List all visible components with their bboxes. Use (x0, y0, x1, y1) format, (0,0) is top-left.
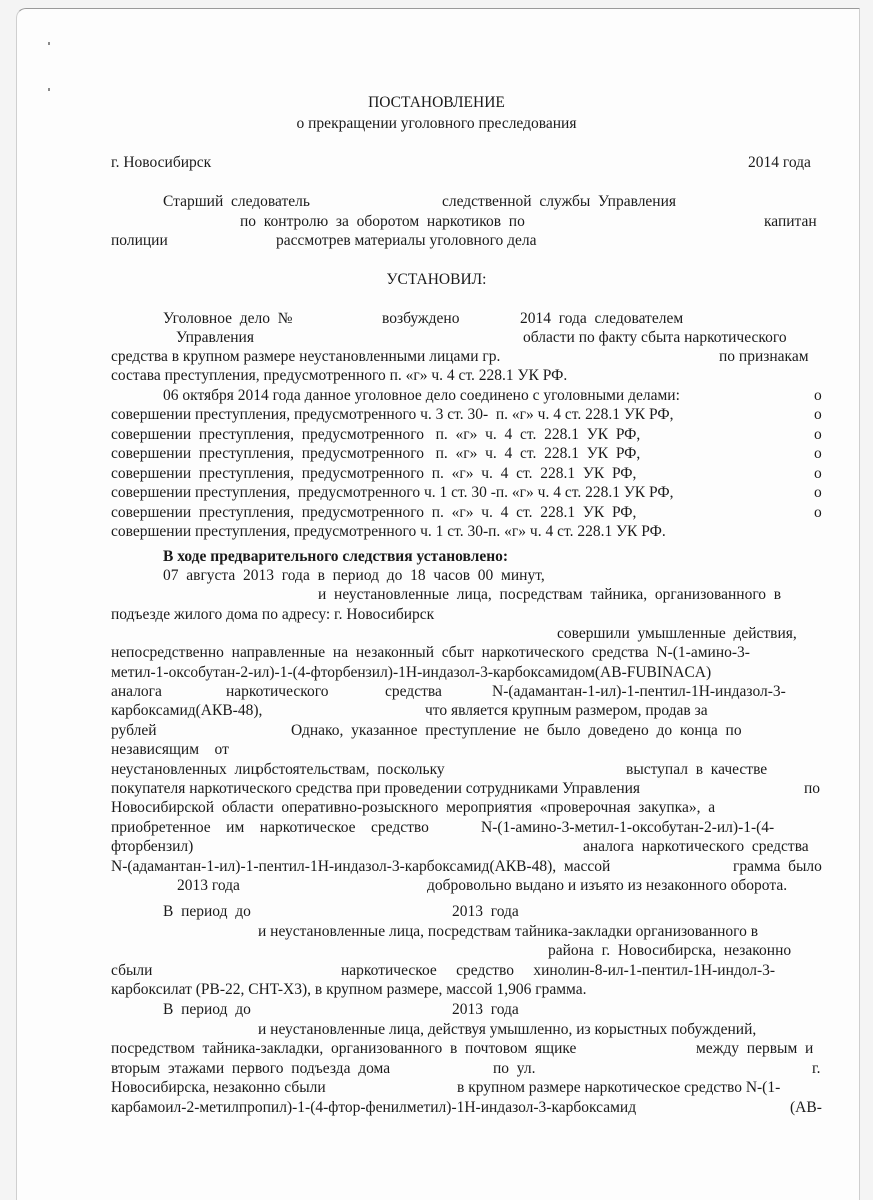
case-list-item-tail: о (814, 483, 822, 502)
document-title: ПОСТАНОВЛЕНИЕ (0, 93, 873, 112)
paragraph-text: 2014 года следователем (520, 309, 683, 328)
document-subtitle: о прекращении уголовного преследования (0, 114, 873, 133)
paragraph-text: N-(1-амино-3-метил-1-оксобутан-2-ил)-1-(… (481, 818, 774, 837)
document-city: г. Новосибирск (111, 153, 211, 172)
paragraph-text: и неустановленные лица, действуя умышлен… (258, 1020, 756, 1039)
paragraph-text: 2013 года (452, 1000, 519, 1019)
paragraph-text: приобретенное им наркотическое средство (111, 818, 429, 837)
case-list-item-tail: о (814, 444, 822, 463)
paragraph-text: неустановленных лиц (111, 760, 259, 779)
case-list-item-tail: о (814, 503, 822, 522)
scan-mark (48, 42, 50, 45)
paragraph-text: подъезде жилого дома по адресу: г. Новос… (111, 605, 434, 624)
paragraph-text: выступал в качестве (626, 760, 767, 779)
paragraph-text: В период до (163, 902, 251, 921)
paragraph-text: о (814, 386, 822, 405)
paragraph-text: добровольно выдано и изъято из незаконно… (427, 876, 787, 895)
paragraph-text: средства (385, 682, 442, 701)
paragraph-text: что является крупным размером, продав за (425, 701, 708, 720)
case-list-item: совершении преступления, предусмотренног… (111, 483, 674, 502)
paragraph-text: 2013 года (452, 902, 519, 921)
paragraph-text: 06 октября 2014 года данное уголовное де… (163, 386, 680, 405)
paragraph-text: карбоксамид(АКВ-48), (111, 701, 262, 720)
paragraph-text: (АВ- (790, 1098, 822, 1117)
case-list-item: совершении преступления, предусмотренног… (111, 464, 636, 483)
case-list-item: совершении преступления, предусмотренног… (111, 405, 674, 424)
paragraph-text: N-(адамантан-1-ил)-1-пентил-1Н-индазол-3… (492, 682, 786, 701)
intro-text: Старший следователь (163, 192, 310, 211)
paragraph-text: 2013 года (177, 876, 240, 895)
section-heading: УСТАНОВИЛ: (0, 270, 873, 289)
intro-text: следственной службы Управления (442, 192, 676, 211)
paragraph-text: и неустановленные лица, посредствам тайн… (258, 922, 758, 941)
paragraph-text: непосредственно направленные на незаконн… (111, 643, 750, 662)
paragraph-text: покупателя наркотического средства при п… (111, 779, 640, 798)
case-list-item-tail: о (814, 425, 822, 444)
paragraph-text: наркотического (226, 682, 328, 701)
paragraph-text: Управления (176, 328, 254, 347)
paragraph-text: 07 августа 2013 года в период до 18 часо… (163, 566, 545, 585)
paragraph-text: состава преступления, предусмотренного п… (111, 366, 567, 385)
paragraph-text: возбуждено (382, 309, 459, 328)
paragraph-text: и неустановленные лица, посредствам тайн… (318, 585, 781, 604)
paragraph-text: по (804, 779, 820, 798)
case-list-item: совершении преступления, предусмотренног… (111, 425, 640, 444)
case-list-item-tail: о (814, 405, 822, 424)
scan-mark (48, 88, 50, 91)
paragraph-text: между первым и (696, 1039, 813, 1058)
paragraph-text: посредством тайника-закладки, организова… (111, 1039, 576, 1058)
paragraph-text: района г. Новосибирска, незаконно (548, 941, 791, 960)
paragraph-text: по ул. (493, 1059, 535, 1078)
case-list-item: совершении преступления, предусмотренног… (111, 503, 636, 522)
intro-text: по контролю за оборотом наркотиков по (240, 212, 525, 231)
intro-text: капитан (764, 212, 817, 231)
paragraph-text: средства в крупном размере неустановленн… (111, 347, 500, 366)
paragraph-text: сбыли (111, 961, 152, 980)
case-list-item-tail: о (814, 464, 822, 483)
paragraph-text: в крупном размере наркотическое средство… (457, 1078, 780, 1097)
paragraph-text: вторым этажами первого подъезда дома (111, 1059, 390, 1078)
paragraph-text: независящим от (111, 740, 229, 759)
paragraph-text: фторбензил) (111, 837, 193, 856)
paragraph-text: рублей (111, 721, 157, 740)
paragraph-text: аналога (111, 682, 162, 701)
intro-text: рассмотрев материалы уголовного дела (276, 231, 537, 250)
paragraph-text: наркотическое средство хинолин-8-ил-1-пе… (341, 961, 775, 980)
paragraph-text: Новосибирской области оперативно-розыскн… (111, 798, 715, 817)
paragraph-text: обстоятельствам, поскольку (256, 760, 445, 779)
paragraph-text: аналога наркотического средства (583, 837, 809, 856)
investigation-heading: В ходе предварительного следствия устано… (163, 547, 508, 566)
paragraph-text: области по факту сбыта наркотического (523, 328, 787, 347)
paragraph-text: Новосибирска, незаконно сбыли (111, 1078, 326, 1097)
paragraph-text: совершили умышленные действия, (557, 624, 797, 643)
paragraph-text: г. (812, 1059, 820, 1078)
document-date: 2014 года (748, 153, 811, 172)
paragraph-text: карбоксилат (PB-22, CHT-X3), в крупном р… (111, 980, 586, 999)
paragraph-text: Уголовное дело № (163, 309, 293, 328)
paragraph-text: по признакам (719, 347, 809, 366)
paragraph-text: Однако, указанное преступление не было д… (291, 721, 742, 740)
paragraph-text: метил-1-оксобутан-2-ил)-1-(4-фторбензил)… (111, 663, 711, 682)
paragraph-text: В период до (163, 1000, 251, 1019)
case-list-item: совершении преступления, предусмотренног… (111, 444, 640, 463)
paragraph-text: N-(адамантан-1-ил)-1-пентил-1Н-индазол-3… (111, 857, 610, 876)
paragraph-text: грамма было (733, 857, 822, 876)
case-list-item: совершении преступления, предусмотренног… (111, 522, 666, 541)
intro-text: полиции (111, 231, 168, 250)
paragraph-text: карбамоил-2-метилпропил)-1-(4-фтор-фенил… (111, 1098, 636, 1117)
